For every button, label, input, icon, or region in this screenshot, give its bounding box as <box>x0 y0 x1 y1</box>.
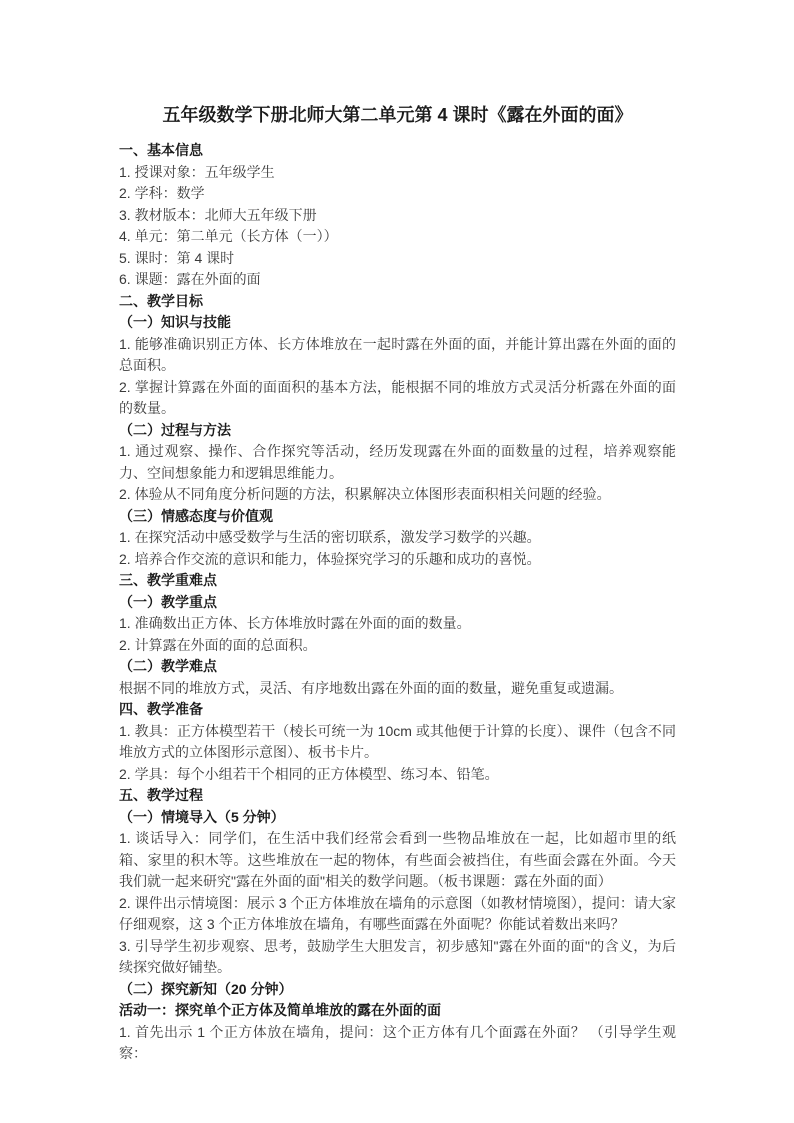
subsection-heading: （一）教学重点 <box>119 592 676 614</box>
subsection-heading: （一）情境导入（5 分钟） <box>119 807 676 829</box>
paragraph: 1. 在探究活动中感受数学与生活的密切联系，激发学习数学的兴趣。 <box>119 527 676 549</box>
document-content: 五年级数学下册北师大第二单元第 4 课时《露在外面的面》 一、基本信息1. 授课… <box>119 103 676 1065</box>
paragraph: 2. 学科：数学 <box>119 183 676 205</box>
section-heading: 一、基本信息 <box>119 140 676 162</box>
section-heading: 二、教学目标 <box>119 291 676 313</box>
paragraph: 根据不同的堆放方式，灵活、有序地数出露在外面的面的数量，避免重复或遗漏。 <box>119 678 676 700</box>
paragraph: 1. 教具：正方体模型若干（棱长可统一为 10cm 或其他便于计算的长度）、课件… <box>119 721 676 764</box>
subsection-heading: （三）情感态度与价值观 <box>119 506 676 528</box>
paragraph: 2. 培养合作交流的意识和能力，体验探究学习的乐趣和成功的喜悦。 <box>119 549 676 571</box>
paragraph: 2. 学具：每个小组若干个相同的正方体模型、练习本、铅笔。 <box>119 764 676 786</box>
activity-heading: 活动一：探究单个正方体及简单堆放的露在外面的面 <box>119 1000 676 1022</box>
paragraph: 1. 通过观察、操作、合作探究等活动，经历发现露在外面的面数量的过程，培养观察能… <box>119 441 676 484</box>
paragraph: 3. 引导学生初步观察、思考，鼓励学生大胆发言，初步感知"露在外面的面"的含义，… <box>119 936 676 979</box>
paragraph: 1. 能够准确识别正方体、长方体堆放在一起时露在外面的面，并能计算出露在外面的面… <box>119 334 676 377</box>
section-heading: 三、教学重难点 <box>119 570 676 592</box>
subsection-heading: （一）知识与技能 <box>119 312 676 334</box>
paragraph: 2. 计算露在外面的面的总面积。 <box>119 635 676 657</box>
paragraph: 1. 首先出示 1 个正方体放在墙角，提问：这个正方体有几个面露在外面？ （引导… <box>119 1022 676 1065</box>
paragraph: 2. 体验从不同角度分析问题的方法，积累解决立体图形表面积相关问题的经验。 <box>119 484 676 506</box>
section-heading: 五、教学过程 <box>119 785 676 807</box>
paragraph: 4. 单元：第二单元（长方体（一）） <box>119 226 676 248</box>
document-title: 五年级数学下册北师大第二单元第 4 课时《露在外面的面》 <box>119 103 676 128</box>
paragraph: 2. 掌握计算露在外面的面面积的基本方法，能根据不同的堆放方式灵活分析露在外面的… <box>119 377 676 420</box>
paragraph: 2. 课件出示情境图：展示 3 个正方体堆放在墙角的示意图（如教材情境图），提问… <box>119 893 676 936</box>
section-heading: 四、教学准备 <box>119 699 676 721</box>
subsection-heading: （二）过程与方法 <box>119 420 676 442</box>
paragraph: 1. 授课对象：五年级学生 <box>119 162 676 184</box>
paragraph: 1. 谈话导入：同学们，在生活中我们经常会看到一些物品堆放在一起，比如超市里的纸… <box>119 828 676 893</box>
paragraph: 6. 课题：露在外面的面 <box>119 269 676 291</box>
document-page: 五年级数学下册北师大第二单元第 4 课时《露在外面的面》 一、基本信息1. 授课… <box>0 0 794 1123</box>
paragraph: 5. 课时：第 4 课时 <box>119 248 676 270</box>
subsection-heading: （二）教学难点 <box>119 656 676 678</box>
document-body: 一、基本信息1. 授课对象：五年级学生2. 学科：数学3. 教材版本：北师大五年… <box>119 140 676 1065</box>
paragraph: 3. 教材版本：北师大五年级下册 <box>119 205 676 227</box>
paragraph: 1. 准确数出正方体、长方体堆放时露在外面的面的数量。 <box>119 613 676 635</box>
subsection-heading: （二）探究新知（20 分钟） <box>119 979 676 1001</box>
